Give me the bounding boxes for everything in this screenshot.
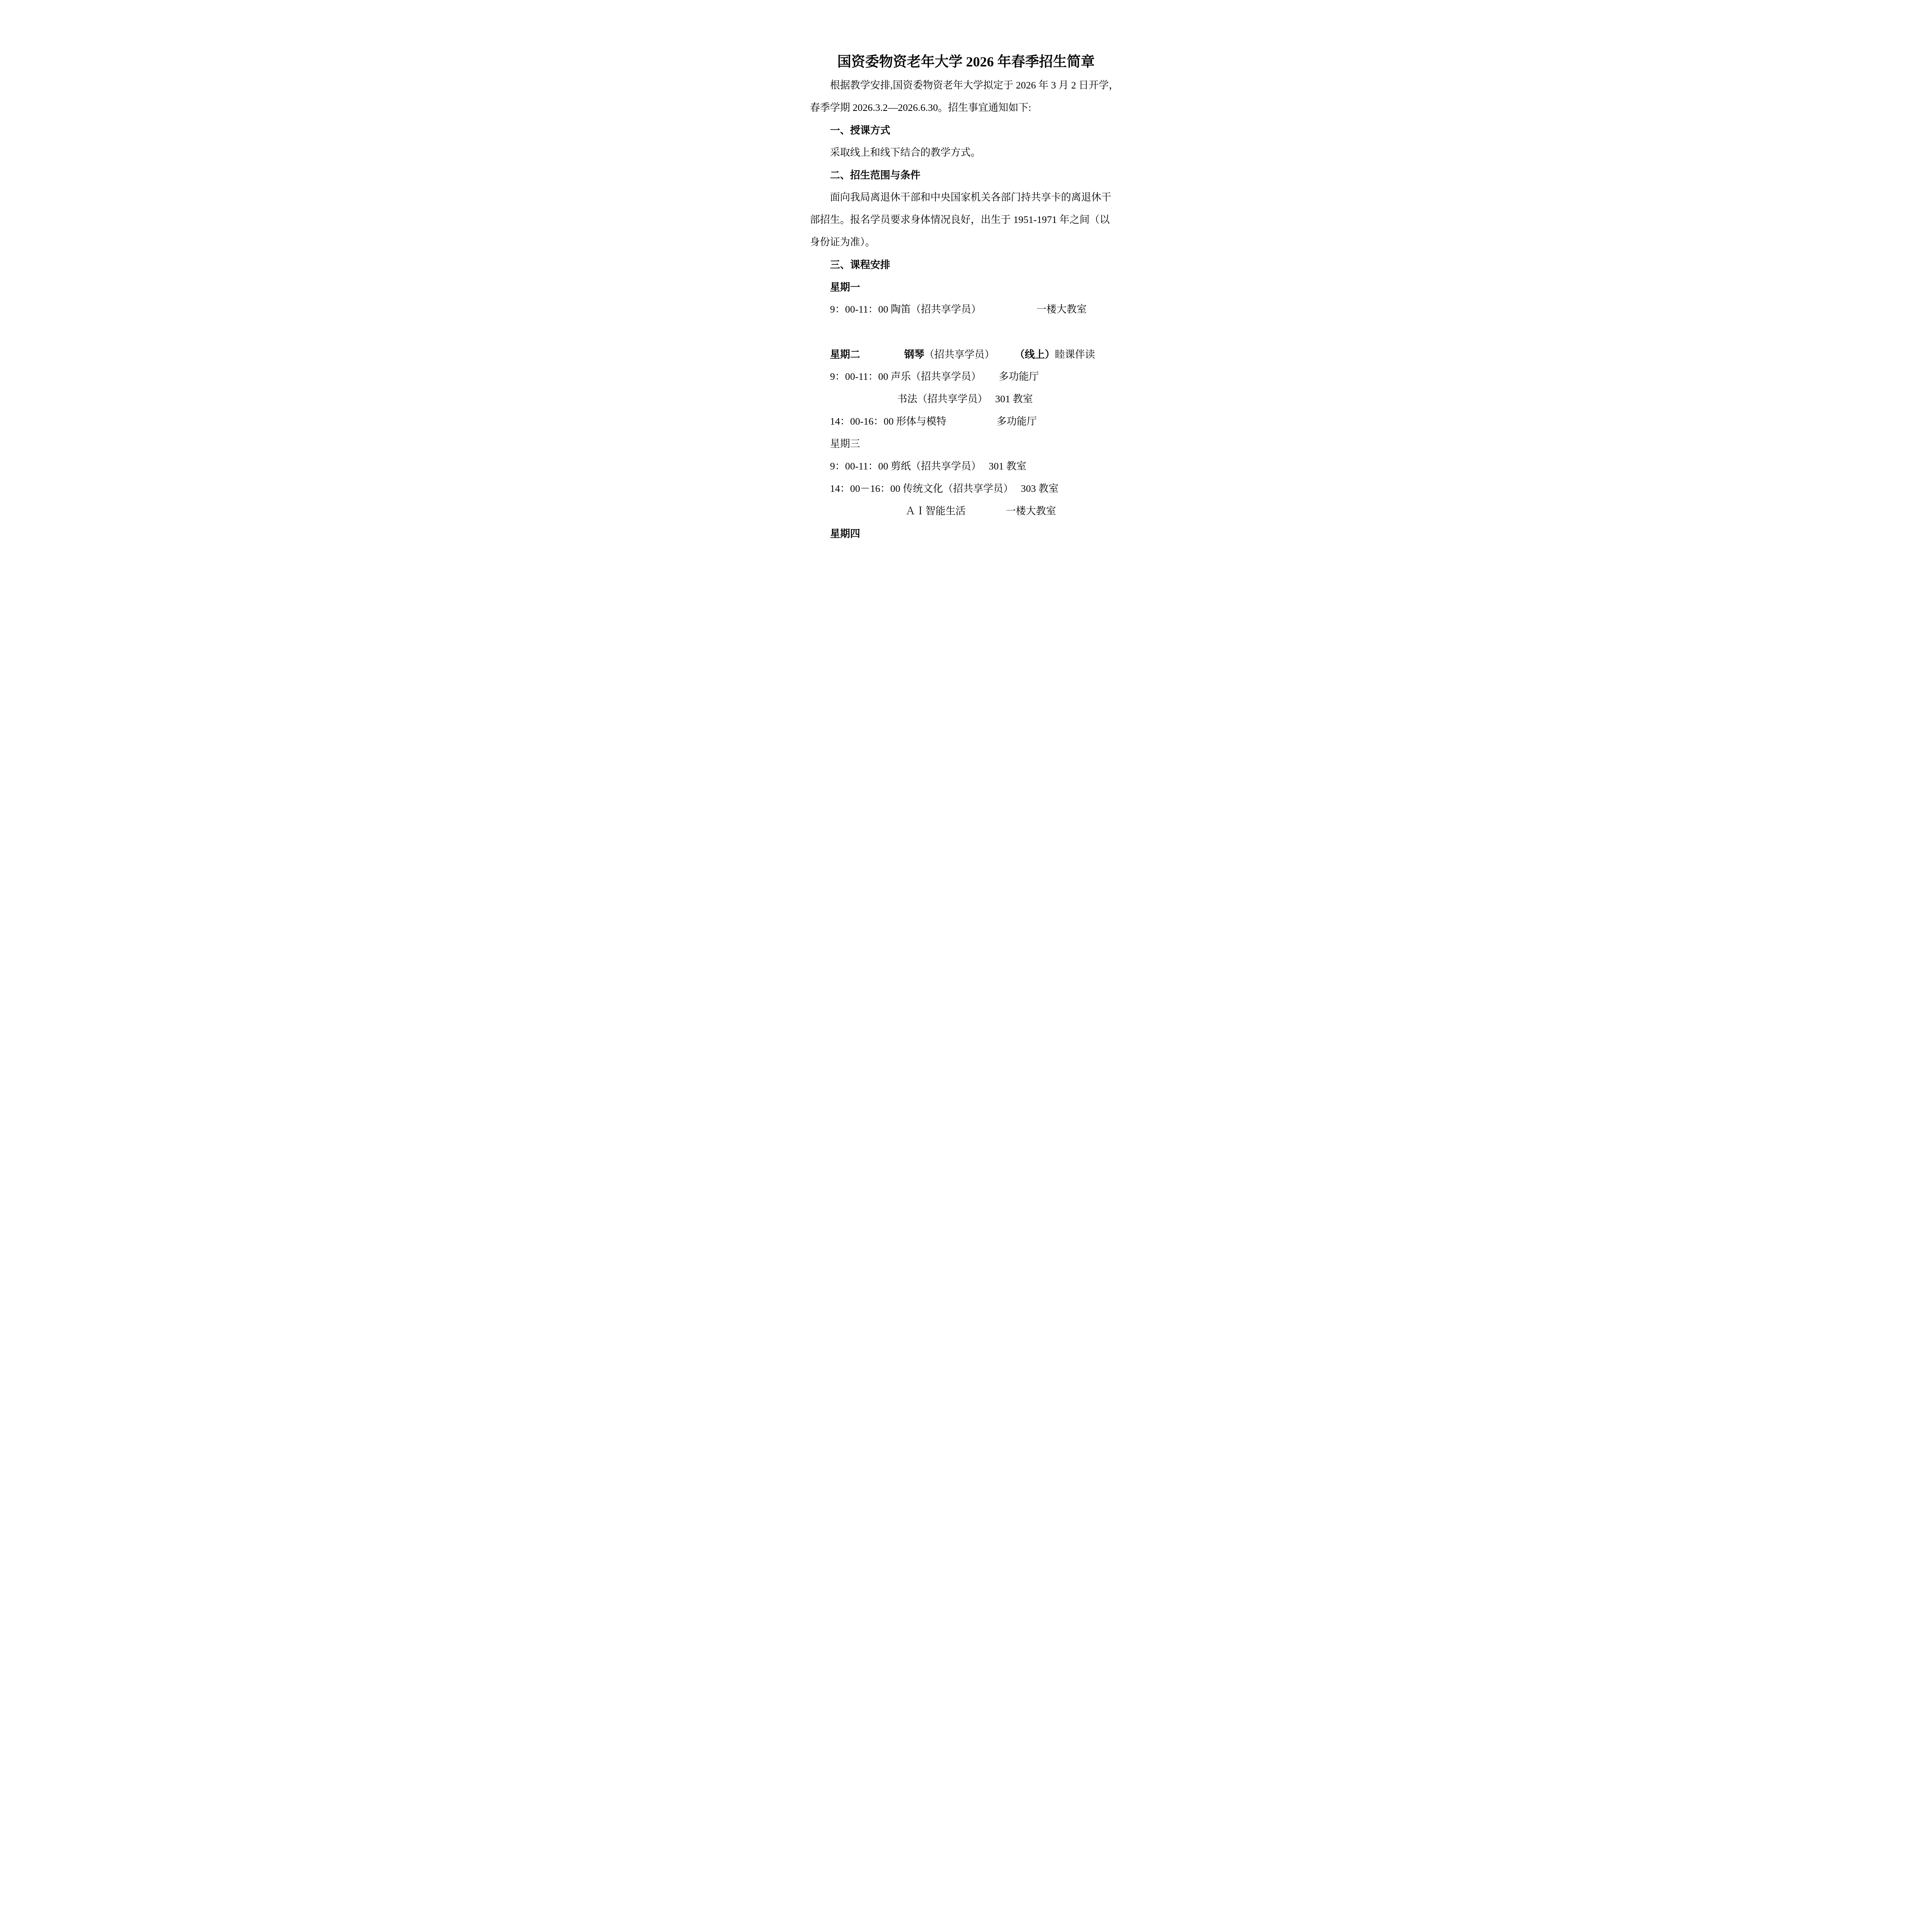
- section-2-body-line-3: 身份证为准）。: [810, 231, 1122, 253]
- document-page: 国资委物资老年大学 2026 年春季招生简章 根据教学安排,国资委物资老年大学拟…: [753, 0, 1179, 601]
- section-2-heading: 二、招生范围与条件: [810, 164, 1122, 186]
- schedule-tuesday-row-3: 14：00-16：00 形体与模特 多功能厅: [810, 410, 1122, 433]
- schedule-wednesday-row-1: 9：00-11：00 剪纸（招共享学员） 301 教室: [810, 455, 1122, 478]
- schedule-thursday-label: 星期四: [810, 522, 1122, 545]
- schedule-tuesday-row-1: 9：00-11：00 声乐（招共享学员） 多功能厅: [810, 366, 1122, 388]
- schedule-monday-label: 星期一: [810, 276, 1122, 298]
- section-1-body: 采取线上和线下结合的教学方式。: [810, 141, 1122, 164]
- schedule-monday-row-2: 钢琴（招共享学员） （线上）睦课伴读: [810, 321, 1122, 343]
- monday-row-2-tail: 睦课伴读: [1055, 349, 1095, 360]
- section-2-body-line-1: 面向我局离退休干部和中央国家机关各部门持共享卡的离退休干: [810, 186, 1122, 209]
- schedule-wednesday-row-3: ＡＩ智能生活 一楼大教室: [810, 500, 1122, 522]
- section-1-heading: 一、授课方式: [810, 119, 1122, 141]
- monday-piano-note: （招共享学员）: [924, 349, 1020, 360]
- schedule-monday-row-1: 9：00-11：00 陶笛（招共享学员） 一楼大教室: [810, 298, 1122, 321]
- schedule-wednesday-label: 星期三: [810, 433, 1122, 455]
- intro-paragraph-line-2: 春季学期 2026.3.2—2026.6.30。招生事宜通知如下:: [810, 97, 1122, 119]
- monday-online-tag: （线上）: [1020, 349, 1055, 360]
- intro-paragraph-line-1: 根据教学安排,国资委物资老年大学拟定于 2026 年 3 月 2 日开学，: [810, 74, 1122, 97]
- section-2-body-line-2: 部招生。报名学员要求身体情况良好，出生于 1951-1971 年之间（以: [810, 209, 1122, 231]
- document-title: 国资委物资老年大学 2026 年春季招生简章: [810, 49, 1122, 74]
- schedule-wednesday-row-2: 14：00－16：00 传统文化（招共享学员） 303 教室: [810, 478, 1122, 500]
- schedule-tuesday-row-2: 书法（招共享学员） 301 教室: [810, 388, 1122, 410]
- section-3-heading: 三、课程安排: [810, 253, 1122, 276]
- monday-course-piano: 钢琴: [904, 349, 924, 360]
